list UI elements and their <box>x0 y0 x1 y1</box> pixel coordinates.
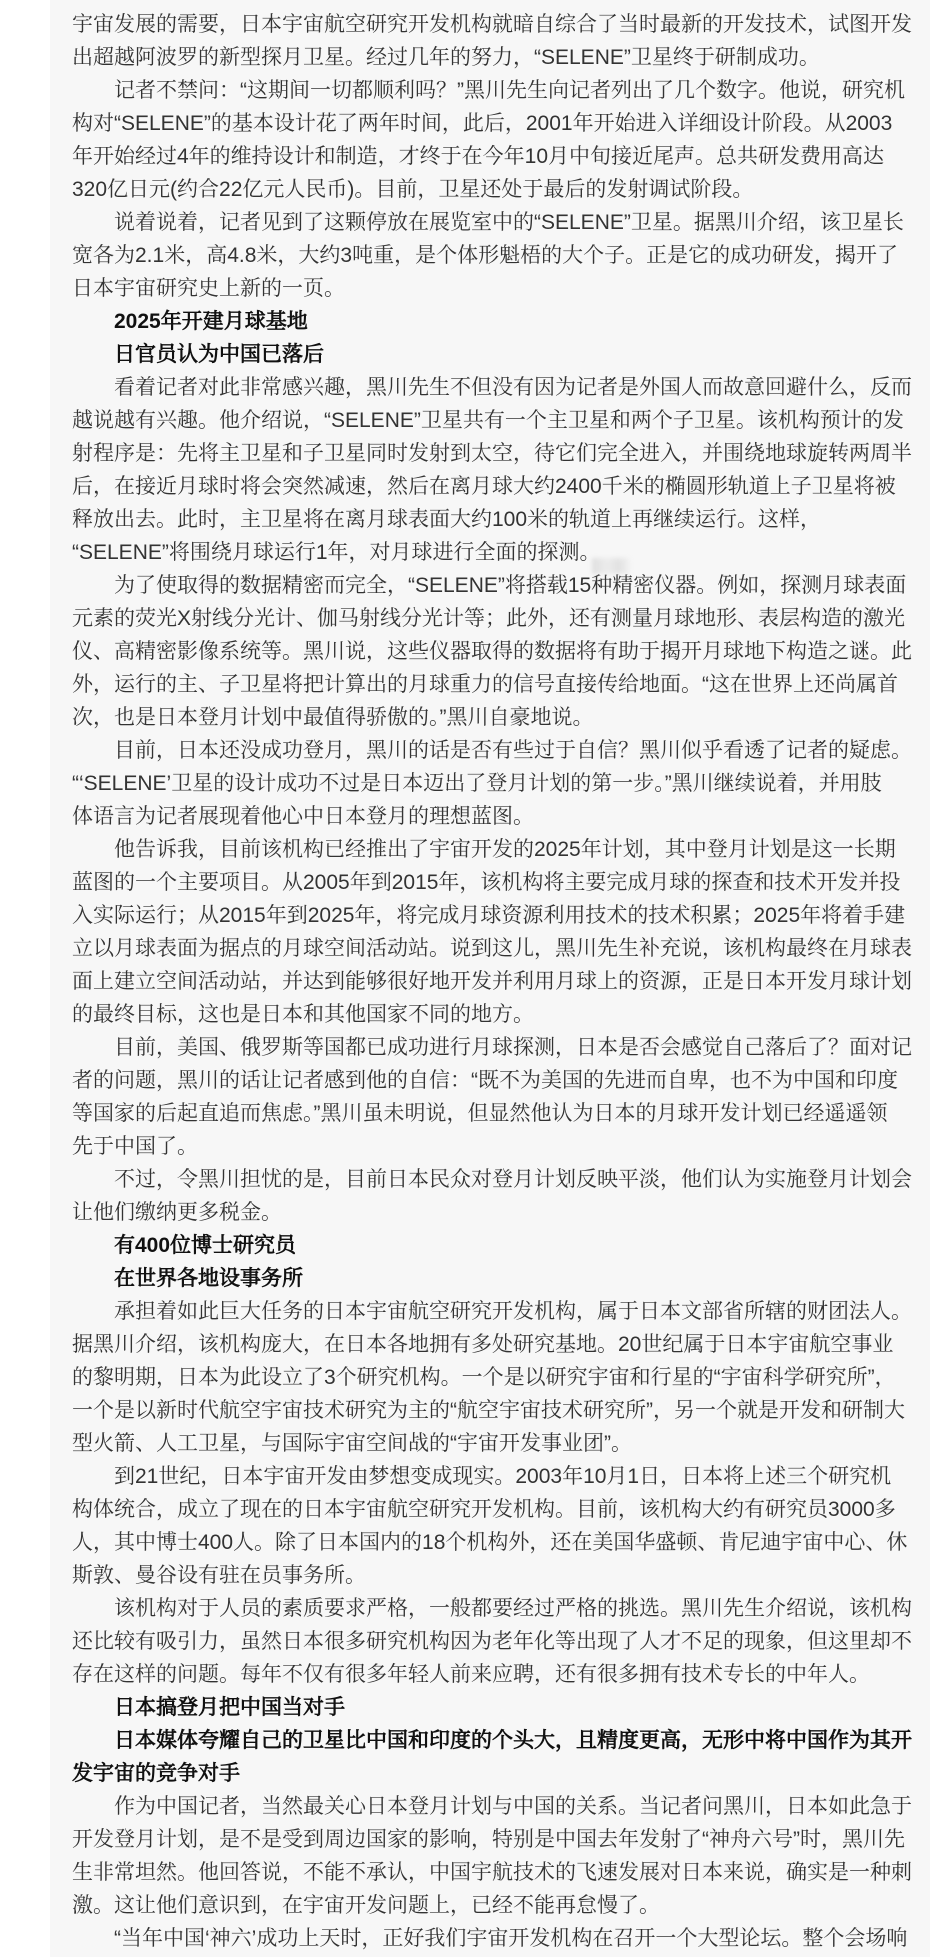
text-line: 立以月球表面为据点的月球空间活动站。说到这儿，黑川先生补充说，该机构最终在月球表 <box>72 932 928 965</box>
text-line: “当年中国‘神六’成功上天时，正好我们宇宙开发机构在召开一个大型论坛。整个会场响 <box>72 1922 928 1955</box>
section-subheading: 在世界各地设事务所 <box>72 1262 928 1295</box>
text-line: 生非常坦然。他回答说，不能不承认，中国宇航技术的飞速发展对日本来说，确实是一种刺 <box>72 1856 928 1889</box>
text-line: 射程序是：先将主卫星和子卫星同时发射到太空，待它们完全进入，并围绕地球旋转两周半 <box>72 437 928 470</box>
paragraph: 目前，日本还没成功登月，黑川的话是否有些过于自信？黑川似乎看透了记者的疑虑。 “… <box>72 734 928 833</box>
text-line: 型火箭、人工卫星，与国际宇宙空间战的“宇宙开发事业团”。 <box>72 1427 928 1460</box>
text-line: 到21世纪，日本宇宙开发由梦想变成现实。2003年10月1日，日本将上述三个研究… <box>72 1460 928 1493</box>
text-line: 作为中国记者，当然最关心日本登月计划与中国的关系。当记者问黑川，日本如此急于 <box>72 1790 928 1823</box>
text-line: 的黎明期，日本为此设立了3个研究机构。一个是以研究宇宙和行星的“宇宙科学研究所”… <box>72 1361 928 1394</box>
section-subheading: 日官员认为中国已落后 <box>72 338 928 371</box>
text-line: 宇宙发展的需要，日本宇宙航空研究开发机构就暗自综合了当时最新的开发技术，试图开发 <box>72 8 928 41</box>
paragraph: 为了使取得的数据精密而完全，“SELENE”将搭载15种精密仪器。例如，探测月球… <box>72 569 928 734</box>
heading-line: 日本搞登月把中国当对手 <box>72 1691 928 1724</box>
heading-line: 发宇宙的竞争对手 <box>72 1757 928 1790</box>
paragraph: 说着说着，记者见到了这颗停放在展览室中的“SELENE”卫星。据黑川介绍，该卫星… <box>72 206 928 305</box>
text-line: 不过，令黑川担忧的是，目前日本民众对登月计划反映平淡，他们认为实施登月计划会 <box>72 1163 928 1196</box>
paragraph: 承担着如此巨大任务的日本宇宙航空研究开发机构，属于日本文部省所辖的财团法人。 据… <box>72 1295 928 1460</box>
paragraph: 作为中国记者，当然最关心日本登月计划与中国的关系。当记者问黑川，日本如此急于 开… <box>72 1790 928 1922</box>
heading-line: 有400位博士研究员 <box>72 1229 928 1262</box>
text-line: 320亿日元(约合22亿元人民币)。目前，卫星还处于最后的发射调试阶段。 <box>72 173 928 206</box>
text-line: 面上建立空间活动站，并达到能够很好地开发并利用月球上的资源，正是日本开发月球计划 <box>72 965 928 998</box>
text-line: 入实际运行；从2015年到2025年，将完成月球资源利用技术的技术积累；2025… <box>72 899 928 932</box>
article-body: 宇宙发展的需要，日本宇宙航空研究开发机构就暗自综合了当时最新的开发技术，试图开发… <box>72 8 928 1955</box>
text-line: 一个是以新时代航空宇宙技术研究为主的“航空宇宙技术研究所”，另一个就是开发和研制… <box>72 1394 928 1427</box>
text-line: 蓝图的一个主要项目。从2005年到2015年，该机构将主要完成月球的探查和技术开… <box>72 866 928 899</box>
text-line: 让他们缴纳更多税金。 <box>72 1196 928 1229</box>
text-line: 承担着如此巨大任务的日本宇宙航空研究开发机构，属于日本文部省所辖的财团法人。 <box>72 1295 928 1328</box>
section-heading: 有400位博士研究员 <box>72 1229 928 1262</box>
text-line: 激。这让他们意识到，在宇宙开发问题上，已经不能再怠慢了。 <box>72 1889 928 1922</box>
text-line: 该机构对于人员的素质要求严格，一般都要经过严格的挑选。黑川先生介绍说，该机构 <box>72 1592 928 1625</box>
text-line: 目前，美国、俄罗斯等国都已成功进行月球探测，日本是否会感觉自己落后了？面对记 <box>72 1031 928 1064</box>
text-line: 为了使取得的数据精密而完全，“SELENE”将搭载15种精密仪器。例如，探测月球… <box>72 569 928 602</box>
text-line: 出超越阿波罗的新型探月卫星。经过几年的努力，“SELENE”卫星终于研制成功。 <box>72 41 928 74</box>
paragraph: 不过，令黑川担忧的是，目前日本民众对登月计划反映平淡，他们认为实施登月计划会 让… <box>72 1163 928 1229</box>
text-line: 构对“SELENE”的基本设计花了两年时间，此后，2001年开始进入详细设计阶段… <box>72 107 928 140</box>
text-line: 斯敦、曼谷设有驻在员事务所。 <box>72 1559 928 1592</box>
heading-line: 日本媒体夸耀自己的卫星比中国和印度的个头大，且精度更高，无形中将中国作为其开 <box>72 1724 928 1757</box>
heading-line: 日官员认为中国已落后 <box>72 338 928 371</box>
text-line: 日本宇宙研究史上新的一页。 <box>72 272 928 305</box>
text-line: 次，也是日本登月计划中最值得骄傲的。”黑川自豪地说。 <box>72 701 928 734</box>
text-line: “SELENE”将围绕月球运行1年，对月球进行全面的探测。 <box>72 536 928 569</box>
section-heading: 2025年开建月球基地 <box>72 305 928 338</box>
text-line: 者的问题，黑川的话让记者感到他的自信：“既不为美国的先进而自卑，也不为中国和印度 <box>72 1064 928 1097</box>
paragraph: 到21世纪，日本宇宙开发由梦想变成现实。2003年10月1日，日本将上述三个研究… <box>72 1460 928 1592</box>
text-line: 等国家的后起直追而焦虑。”黑川虽未明说，但显然他认为日本的月球开发计划已经遥遥领 <box>72 1097 928 1130</box>
text-line: 元素的荧光X射线分光计、伽马射线分光计等；此外，还有测量月球地形、表层构造的激光 <box>72 602 928 635</box>
text-line: 开发登月计划，是不是受到周边国家的影响，特别是中国去年发射了“神舟六号”时，黑川… <box>72 1823 928 1856</box>
text-line: 外，运行的主、子卫星将把计算出的月球重力的信号直接传给地面。“这在世界上还尚属首 <box>72 668 928 701</box>
section-subheading: 日本媒体夸耀自己的卫星比中国和印度的个头大，且精度更高，无形中将中国作为其开 发… <box>72 1724 928 1790</box>
text-line: 还比较有吸引力，虽然日本很多研究机构因为老年化等出现了人才不足的现象，但这里却不 <box>72 1625 928 1658</box>
paragraph: 他告诉我，目前该机构已经推出了宇宙开发的2025年计划，其中登月计划是这一长期 … <box>72 833 928 1031</box>
text-line: 说着说着，记者见到了这颗停放在展览室中的“SELENE”卫星。据黑川介绍，该卫星… <box>72 206 928 239</box>
section-heading: 日本搞登月把中国当对手 <box>72 1691 928 1724</box>
text-line: 目前，日本还没成功登月，黑川的话是否有些过于自信？黑川似乎看透了记者的疑虑。 <box>72 734 928 767</box>
text-line: 构体统合，成立了现在的日本宇宙航空研究开发机构。目前，该机构大约有研究员3000… <box>72 1493 928 1526</box>
paragraph: 记者不禁问：“这期间一切都顺利吗？”黑川先生向记者列出了几个数字。他说，研究机 … <box>72 74 928 206</box>
text-line: 宽各为2.1米，高4.8米，大约3吨重，是个体形魁梧的大个子。正是它的成功研发，… <box>72 239 928 272</box>
paragraph: 目前，美国、俄罗斯等国都已成功进行月球探测，日本是否会感觉自己落后了？面对记 者… <box>72 1031 928 1163</box>
paragraph: 看着记者对此非常感兴趣，黑川先生不但没有因为记者是外国人而故意回避什么，反而 越… <box>72 371 928 569</box>
text-line: 释放出去。此时，主卫星将在离月球表面大约100米的轨道上再继续运行。这样， <box>72 503 928 536</box>
paragraph: 该机构对于人员的素质要求严格，一般都要经过严格的挑选。黑川先生介绍说，该机构 还… <box>72 1592 928 1691</box>
text-line: 年开始经过4年的维持设计和制造，才终于在今年10月中旬接近尾声。总共研发费用高达 <box>72 140 928 173</box>
text-line: “‘SELENE’卫星的设计成功不过是日本迈出了登月计划的第一步。”黑川继续说着… <box>72 767 928 800</box>
text-line: 体语言为记者展现着他心中日本登月的理想蓝图。 <box>72 800 928 833</box>
heading-line: 在世界各地设事务所 <box>72 1262 928 1295</box>
paragraph: “当年中国‘神六’成功上天时，正好我们宇宙开发机构在召开一个大型论坛。整个会场响 <box>72 1922 928 1955</box>
text-line: 人，其中博士400人。除了日本国内的18个机构外，还在美国华盛顿、肯尼迪宇宙中心… <box>72 1526 928 1559</box>
text-line: 记者不禁问：“这期间一切都顺利吗？”黑川先生向记者列出了几个数字。他说，研究机 <box>72 74 928 107</box>
text-line: 后，在接近月球时将会突然减速，然后在离月球大约2400千米的椭圆形轨道上子卫星将… <box>72 470 928 503</box>
text-line: 的最终目标，这也是日本和其他国家不同的地方。 <box>72 998 928 1031</box>
text-line: 存在这样的问题。每年不仅有很多年轻人前来应聘，还有很多拥有技术专长的中年人。 <box>72 1658 928 1691</box>
heading-line: 2025年开建月球基地 <box>72 305 928 338</box>
text-line: 越说越有兴趣。他介绍说，“SELENE”卫星共有一个主卫星和两个子卫星。该机构预… <box>72 404 928 437</box>
text-line: 据黑川介绍，该机构庞大，在日本各地拥有多处研究基地。20世纪属于日本宇宙航空事业 <box>72 1328 928 1361</box>
paragraph: 宇宙发展的需要，日本宇宙航空研究开发机构就暗自综合了当时最新的开发技术，试图开发… <box>72 8 928 74</box>
text-line: 仪、高精密影像系统等。黑川说，这些仪器取得的数据将有助于揭开月球地下构造之谜。此 <box>72 635 928 668</box>
blurred-image-artifact <box>592 558 630 574</box>
text-line: 先于中国了。 <box>72 1130 928 1163</box>
text-line: 他告诉我，目前该机构已经推出了宇宙开发的2025年计划，其中登月计划是这一长期 <box>72 833 928 866</box>
text-line: 看着记者对此非常感兴趣，黑川先生不但没有因为记者是外国人而故意回避什么，反而 <box>72 371 928 404</box>
